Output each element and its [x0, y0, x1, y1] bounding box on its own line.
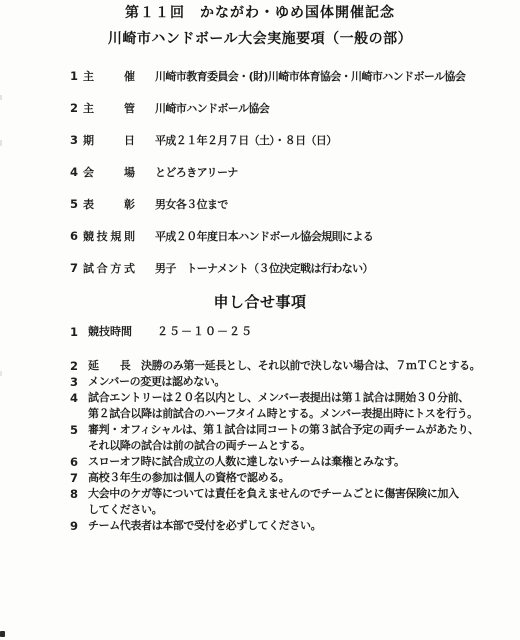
- item-number: 4: [70, 166, 83, 179]
- item-value: 男女各３位まで: [155, 198, 520, 211]
- agreements-section: 申し合せ事項 1 競技時間 ２５－１０－２５ 2 延 長 決勝のみ第一延長とし、…: [0, 294, 520, 534]
- outline-section: 1 主催 川崎市教育委員会・(財)川崎市体育協会・川崎市ハンドボール協会 2 主…: [0, 70, 520, 275]
- agreement-item-member-change: 3 メンバーの変更は認めない。: [0, 374, 520, 390]
- item-text: 高校３年生の参加は個人の資格で認める。: [88, 470, 504, 486]
- agreement-item-insurance: 8 大会中のケガ等については責任を負えませんのでチームごとに傷害保険に加入 して…: [0, 486, 520, 518]
- item-number: 5: [70, 198, 83, 211]
- scanned-document-page: 第１１回 かながわ・ゆめ国体開催記念 川崎市ハンドボール大会実施要項（一般の部）…: [0, 0, 520, 640]
- item-number: 8: [70, 486, 88, 502]
- agreement-item-highschool: 7 高校３年生の参加は個人の資格で認める。: [0, 470, 520, 486]
- outline-item-awards: 5 表彰 男女各３位まで: [0, 198, 520, 211]
- document-title-line1: 第１１回 かながわ・ゆめ国体開催記念: [0, 0, 520, 21]
- agreement-item-referees: 5 審判・オフィシャルは、第１試合は同コートの第３試合予定の両チームがあたり、 …: [0, 422, 520, 454]
- scan-speck: [0, 140, 2, 146]
- item-label: 競技時間: [88, 324, 140, 340]
- agreements-heading: 申し合せ事項: [0, 294, 520, 310]
- item-label: 期日: [83, 134, 135, 147]
- item-value: 川崎市教育委員会・(財)川崎市体育協会・川崎市ハンドボール協会: [155, 70, 520, 83]
- item-label: 競技規則: [83, 230, 135, 243]
- agreements-list: 2 延 長 決勝のみ第一延長とし、それ以前で決しない場合は、７ｍＴＣとする。 3…: [0, 358, 520, 534]
- item-number: 7: [70, 262, 83, 275]
- item-text: 試合エントリーは２０名以内とし、メンバー表提出は第１試合は開始３０分前、 第２試…: [88, 390, 504, 422]
- item-value: ２５－１０－２５: [157, 324, 253, 340]
- item-number: 1: [70, 70, 83, 83]
- item-number: 9: [70, 518, 88, 534]
- item-number: 3: [70, 134, 83, 147]
- outline-item-date: 3 期日 平成２１年２月７日（土）・８日（日）: [0, 134, 520, 147]
- item-number: 2: [70, 102, 83, 115]
- item-number: 6: [70, 454, 88, 470]
- item-value: 男子 トーナメント（３位決定戦は行わない）: [155, 262, 520, 275]
- item-number: 5: [70, 422, 88, 438]
- item-label: 主管: [83, 102, 135, 115]
- item-text: 大会中のケガ等については責任を負えませんのでチームごとに傷害保険に加入 してくだ…: [88, 486, 504, 518]
- item-label: 試合方式: [83, 262, 135, 275]
- item-text: 審判・オフィシャルは、第１試合は同コートの第３試合予定の両チームがあたり、 それ…: [88, 422, 504, 454]
- outline-item-format: 7 試合方式 男子 トーナメント（３位決定戦は行わない）: [0, 262, 520, 275]
- item-text: チーム代表者は本部で受付を必ずしてください。: [88, 518, 504, 534]
- scan-speck: [0, 95, 2, 100]
- outline-item-venue: 4 会場 とどろきアリーナ: [0, 166, 520, 179]
- outline-item-organizer: 2 主管 川崎市ハンドボール協会: [0, 102, 520, 115]
- item-number: 7: [70, 470, 88, 486]
- item-text: メンバーの変更は認めない。: [88, 374, 504, 390]
- item-label: 主催: [83, 70, 135, 83]
- item-number: 2: [70, 358, 88, 374]
- item-number: 3: [70, 374, 88, 390]
- document-title-line2: 川崎市ハンドボール大会実施要項（一般の部）: [0, 32, 520, 47]
- item-value: 平成２１年２月７日（土）・８日（日）: [155, 134, 520, 147]
- item-value: 平成２０年度日本ハンドボール協会規則による: [155, 230, 520, 243]
- outline-item-host: 1 主催 川崎市教育委員会・(財)川崎市体育協会・川崎市ハンドボール協会: [0, 70, 520, 83]
- item-number: 6: [70, 230, 83, 243]
- item-text: スローオフ時に試合成立の人数に達しないチームは棄権とみなす。: [88, 454, 504, 470]
- item-label: 会場: [83, 166, 135, 179]
- scan-speck: [0, 631, 5, 637]
- item-value: 川崎市ハンドボール協会: [155, 102, 520, 115]
- item-text: 延 長 決勝のみ第一延長とし、それ以前で決しない場合は、７ｍＴＣとする。: [88, 358, 504, 374]
- agreement-item-match-time: 1 競技時間 ２５－１０－２５: [0, 324, 520, 340]
- agreement-item-entry: 4 試合エントリーは２０名以内とし、メンバー表提出は第１試合は開始３０分前、 第…: [0, 390, 520, 422]
- scan-speck: [0, 371, 2, 376]
- agreement-item-reception: 9 チーム代表者は本部で受付を必ずしてください。: [0, 518, 520, 534]
- item-value: とどろきアリーナ: [155, 166, 520, 179]
- outline-item-rules: 6 競技規則 平成２０年度日本ハンドボール協会規則による: [0, 230, 520, 243]
- item-number: 4: [70, 390, 88, 406]
- agreement-item-overtime: 2 延 長 決勝のみ第一延長とし、それ以前で決しない場合は、７ｍＴＣとする。: [0, 358, 520, 374]
- agreement-item-forfeit: 6 スローオフ時に試合成立の人数に達しないチームは棄権とみなす。: [0, 454, 520, 470]
- item-number: 1: [70, 324, 88, 340]
- item-label: 表彰: [83, 198, 135, 211]
